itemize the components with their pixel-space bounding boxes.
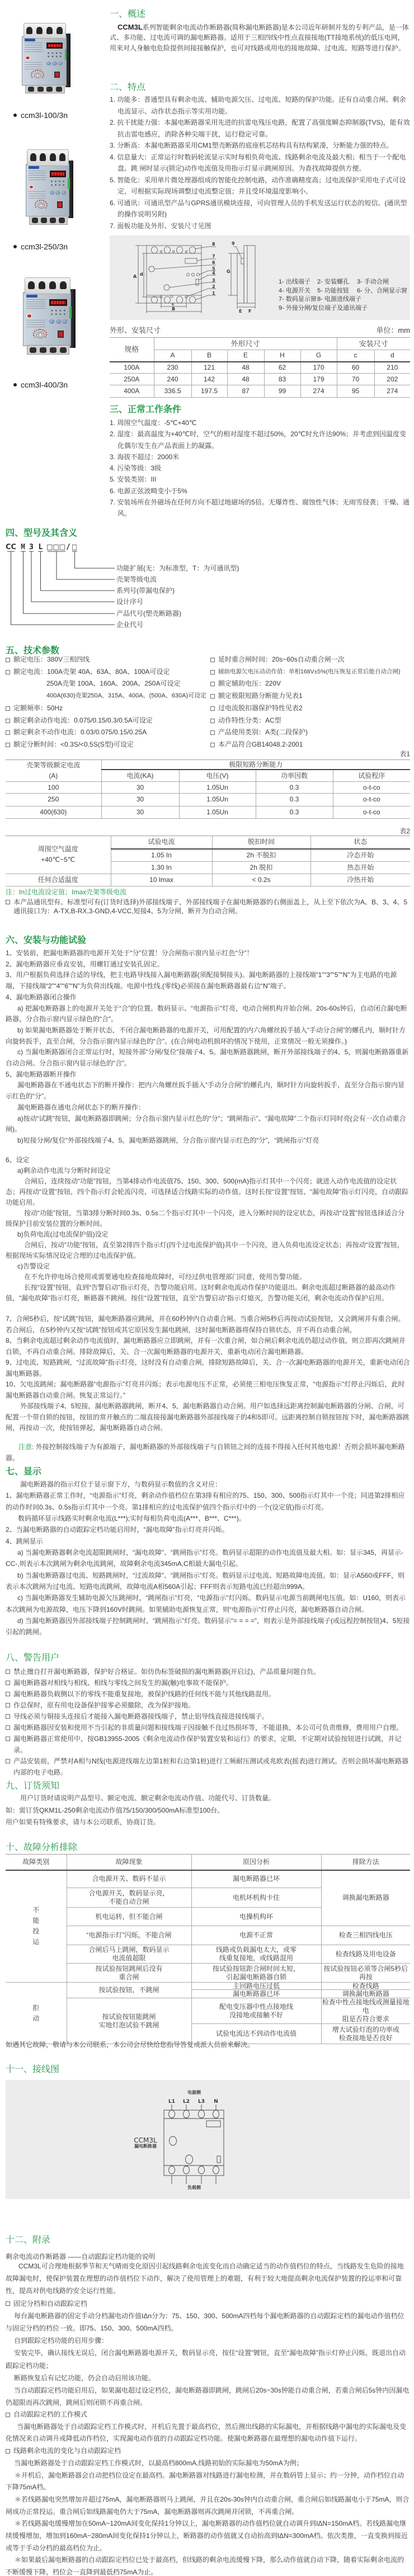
table-cell: 2h 脱扣 [212, 862, 310, 874]
table-cell: 210 [374, 362, 410, 374]
side-strip [69, 306, 71, 318]
device-face [23, 292, 71, 346]
table-header-row: 规格 外形尺寸 安装尺寸 [110, 338, 410, 350]
table-cell: 100 [6, 782, 101, 794]
heading-overview: 一、概述 [110, 9, 145, 20]
svg-text:9: 9 [232, 241, 235, 246]
square-bullet-icon [6, 1681, 10, 1685]
header-cell: 极限短路分断能力 [101, 760, 410, 770]
install-step: 8、当剩余电流超过剩余动作电流值时，漏电断路器应立即跳闸，并有一次重合闸，如合闸… [6, 1336, 410, 1357]
table-subheader-row: A B E H G c d [110, 350, 410, 362]
table-cell: 100A [110, 362, 154, 374]
brand-logo-icon [29, 166, 39, 169]
table-cell: 336.5 [154, 385, 191, 398]
install-block-b: 6、设定 a)剩余动作电流与分断时间设定 合闸后，连续按动“功能”按钮，当第4排… [6, 1155, 410, 1304]
row-group-cell: 任何合适温度 [6, 874, 111, 886]
indicator-leds [50, 180, 65, 187]
table-cell: 62 [264, 362, 300, 374]
power-switch-icon [54, 72, 60, 78]
install-substep: b) 如果漏电断路器处于断开状态，不闭合漏电断路器的电源开关，可用配置的内六角螺… [6, 1025, 410, 1047]
svg-text:G: G [227, 269, 230, 274]
warning-text: 产品安装前，严禁对A相与N线(电源进线端左边第1桩和右边第1桩)进行工频耐压测试… [13, 1757, 408, 1776]
condition-item: 1. 周围空气温度：-5℃+40℃ [110, 417, 410, 428]
install-step: 3、用户根据负荷选择合适的导线，把主电路导线接入漏电断路器(须配接铜接头)。漏电… [6, 970, 410, 992]
table-cell: 400A [110, 385, 154, 398]
appendix-block-a: CCM3L可合理地根据季节和天气晴雨变化原因引起线路剩余电流变化而自动确定适当的… [6, 2260, 410, 2409]
table-cell: 0.3 [256, 806, 333, 819]
feature-item: 3. 分断高：本漏电断路器采用CM1塑壳断路的底座机芯结构具有结构紧凑，分断能力… [110, 140, 410, 152]
warning-item: 漏电断路器负载侧以下的零线不能重复接地，被保护线路的任何线不能与其他线路混用。 [6, 1688, 410, 1700]
tech-list-left: 额定电压：380V三相四线 额定电流：100A壳架 40A、63A、80A、10… [6, 654, 208, 751]
install-paragraph: 长按“设置”按钮，直到“告警启动”指示灯亮，告警功能启用。这时剩余电流动作保护功… [6, 1282, 410, 1304]
svg-text:c: c [172, 301, 175, 306]
legend-item: 8- 电源进线端子 [317, 295, 361, 303]
table-cell: 热态开始 [310, 862, 410, 874]
tech-item-text: 动作特性分类：AC型 [218, 716, 281, 724]
product-photo-100 [20, 23, 72, 93]
table-cell: 按试验按钮必须等合闸5秒后 再按 [321, 1964, 410, 1983]
header-cell: c [337, 350, 374, 362]
table-cell: 检查线路 [321, 1983, 410, 1990]
fault-category-cell: 拒动 [6, 1983, 67, 2044]
header-cell: 电流(KA) [101, 770, 179, 781]
header-cell: 外形尺寸 [154, 338, 337, 350]
svg-text:F: F [248, 309, 251, 314]
table-cell: 电机坏机构卡住 [191, 1888, 321, 1908]
overcurrent-trip-table: 周围空气温度 +40℃~5℃ 试验电流 脱扣时间 状态 1.05 In2h 不脱… [6, 836, 410, 886]
install-paragraph: 合闸后，连续按动“功能”按钮，当第4排动作电流值75、150、300、500(m… [6, 1176, 410, 1208]
svg-text:2: 2 [212, 284, 215, 289]
top-terminals [25, 277, 70, 294]
square-bullet-icon [6, 1692, 10, 1696]
warning-text: 漏电断路器负载侧以下的零线不能重复接地，被保护线路的任何线不能与其他线路混用。 [13, 1690, 275, 1698]
square-bullet-icon [6, 719, 10, 723]
condition-item: 4. 污染等级：3级 [110, 463, 410, 474]
header-cell: 状态 [310, 836, 410, 849]
svg-text:/: / [67, 543, 70, 551]
install-paragraph: 按动“功能”按钮，当第3排分断时间0.3s、0.5s二个指示灯其中一个闪亮，进入… [6, 1208, 410, 1229]
table-row: 拒动 按试验按钮，不跳闸 主回路电压过低 检查线路 [6, 1983, 410, 1990]
tech-item-text: 额定辅助电压：220V [218, 680, 281, 687]
ordering-example: 如：需订货QKM1L-250剩余电流动作值75/150/300/500mA标准型… [6, 1805, 410, 1817]
header-cell: 电压(V) [179, 770, 256, 781]
tech-item: 额定极限短路分断能力见表1 [210, 690, 410, 702]
appendix-paragraph: 安装完毕，确认接线无误后，闭合漏电断路器电源开关，数码显示亮，按住“设置”镀钮，… [6, 2347, 410, 2371]
device-name-label: 漏电断路器 [132, 2144, 159, 2149]
table-cell: 合电源开关，数码显示亮， 不能自动合闸 [67, 1888, 191, 1908]
bullet-icon [13, 383, 17, 386]
square-bullet-icon [210, 682, 215, 686]
install-block-a: 1、安装前，把漏电断路器的电源开关处于“分”位置！分合闸指示窗内显示红色“分”！… [6, 948, 410, 1147]
square-bullet-icon [210, 719, 215, 723]
table-row: 250301.05Un0.3o-t-co [6, 794, 410, 806]
table-cell: 30 [101, 794, 179, 806]
install-substep: 漏电断路器在通电合闸状态下的断开操作： [6, 1102, 410, 1114]
tech-item: 额定电流：100A壳架 40A、63A、80A、100A可设定 [6, 666, 208, 678]
tech-item-subline: 400A(630)壳架250A、315A、400A、(500A、630A)可设定 [6, 690, 208, 702]
heading-features: 二、特点 [110, 82, 145, 93]
install-substep: a) 把漏电断路器上的电源开关处于“合”的位置。数码显示、“电源指示”灯亮，电动… [6, 1003, 410, 1025]
condition-item: 7. 安装场所在外磁场在任何方向不超过地磁场的5倍。无爆炸性、腐蚀性气体；无雨雪… [110, 497, 410, 520]
tech-item: 产品使用类别：A类(二段保护) [210, 726, 410, 739]
display-paragraph: 数码循环显示线路实时剩余电流(L***);实时每相负荷电流(A***、B***、… [6, 1513, 410, 1524]
bullet-icon [13, 114, 17, 117]
table1-label: 表1 [336, 749, 410, 758]
svg-text:8: 8 [212, 242, 215, 247]
model-label-design: 设计序号 [116, 597, 143, 606]
cert-badge-icon [29, 185, 34, 189]
table-cell: 检查中性点接地线或测量接地电 阻是否符合要求 [321, 1998, 410, 2024]
display-subitem: b) 当漏电断路器过电流、短路跳闸时，“过流故障”、“跳闸指示”灯亮。数码显示过… [6, 1570, 410, 1593]
table-cell: 冷态开始 [310, 849, 410, 862]
tech-item-text: 额定电流：100A壳架 40A、63A、80A、100A可设定 [13, 668, 170, 676]
product-caption-250: ccm3l-250/3n [13, 242, 68, 252]
spec-label [25, 43, 42, 53]
legend-item: 9- 外接分闸/复位端子及通讯端子 [279, 304, 368, 312]
install-step: 2、漏电断路器应垂直安装，用螺钉通过安装孔固定。 [6, 959, 410, 970]
table-cell: 60 [337, 362, 374, 374]
table-cell: 1.30 In [111, 862, 212, 874]
square-bullet-icon [6, 2449, 10, 2454]
model-code: CC M 3 L □□□ / □ [6, 543, 77, 551]
table-cell: 电操机构坏 [191, 1908, 321, 1926]
square-bullet-icon [6, 670, 10, 674]
tech-item-text: 延时重合闸时间：20s~60s自动重合闸一次 [218, 655, 345, 663]
fault-analysis-table: 故障类别 故障现象 原因分析 排除方法 不能投运 合电源开关、数码不显示 漏电断… [6, 1854, 410, 2044]
caption-text: ccm3l-100/3n [21, 111, 68, 120]
table-cell: 48 [227, 362, 264, 374]
brand-name: CCM3L [117, 23, 143, 31]
panel-buttons [49, 319, 67, 324]
header-cell: 原因分析 [191, 1855, 321, 1870]
caution-label: 注意: [18, 1443, 34, 1451]
side-strip [68, 178, 69, 189]
header-cell: E [227, 350, 264, 362]
table-row: 任何合适温度 10 Imax< 0.2s冷热开始 [6, 874, 410, 886]
tech-item: 额定辅助电压：220V [210, 678, 410, 690]
square-bullet-icon [6, 706, 10, 711]
square-bullet-icon [210, 706, 215, 711]
svg-text:4: 4 [212, 271, 215, 276]
tech-item-text: 额定分断时间：<0.3S/<0.5S(S型)可设定 [13, 740, 134, 748]
caption-text: ccm3l-250/3n [21, 242, 68, 251]
header-cell: H [264, 350, 300, 362]
feature-item: 5. 智能化：采用单片微处理器组成的智能化控制电路，动作准确精度高；过电流保护采… [110, 174, 410, 197]
device-face [26, 164, 69, 217]
table-cell: “电源指示灯”闪烁，不能合闸 [67, 1926, 191, 1945]
condition-item: 3. 海拔不超过：2000米 [110, 451, 410, 463]
tech-item: 过电流脱扣器保护特性见表2 [210, 702, 410, 715]
table-row: 不能投运 合电源开关、数码不显示 漏电断路器已坏 调换漏电断路器 [6, 1870, 410, 1888]
side-strip [65, 49, 67, 60]
header-cell: 试验程序 [333, 770, 410, 781]
tech-item-text: 额定电压：380V三相四线 [13, 655, 90, 663]
bullet-icon [13, 245, 17, 248]
warning-item: 产品安装前，严禁对A相与N线(电源进线端左边第1桩和右边第1桩)进行工频耐压测试… [6, 1756, 410, 1778]
svg-text:□: □ [72, 543, 77, 551]
tech-item: 延时重合闸时间：20s~60s自动重合闸一次 [210, 654, 410, 666]
table-cell: 电源不正常 [191, 1926, 321, 1945]
svg-text:L: L [39, 543, 43, 551]
install-paragraph: 在不允许停电场合使用或需要通电检查接地故障时，可经过供电管理部门同意，使用告警功… [6, 1272, 410, 1282]
install-paragraph: 合闸后，按动“功能”按钮，直至第2排四个指示灯(四个过电流保护值)其中一个闪亮，… [6, 1240, 410, 1261]
svg-text:CC: CC [6, 543, 16, 551]
legend-item: 7- 数码显示窗 [279, 295, 317, 303]
warning-item: 漏电断路器对相线与相线、相线与零线之间发生的漏(触)电事故不能保护。 [6, 1677, 410, 1688]
table-cell: 83 [264, 374, 300, 385]
model-label-function: 功能扩展(无：为标准型，T：为可通讯型) [116, 564, 239, 573]
svg-text:□□□: □□□ [46, 543, 65, 551]
fault-category: 不能投运 [32, 1905, 40, 1947]
breaking-capacity-table: 壳架等级额定电流 (A) 极限短路分断能力 电流(KA) 电压(V) 功率因数 … [6, 759, 410, 819]
square-bullet-icon [6, 900, 10, 904]
table-cell: 1.05Un [179, 806, 256, 819]
wiring-diagram: L1 L2 L3 N CCM3L [6, 2080, 410, 2199]
spec-label-lower [25, 62, 42, 70]
table-cell: 1.05Un [179, 782, 256, 794]
table-cell: 274 [300, 385, 337, 398]
install-paragraph: 外部接线端子4、5短接，漏电断路器跳闸，断开4、5，漏电断路器自动合闸。用户如选… [6, 1401, 410, 1434]
svg-text:M: M [21, 543, 25, 551]
features-list: 1. 功能多：普通型具有剩余电流、辅助电源欠压、过电流、短路的保护功能。还有自动… [110, 94, 410, 232]
square-bullet-icon [210, 658, 215, 662]
svg-text:6: 6 [212, 260, 215, 265]
table-row: 100A230121486217060210 [110, 362, 410, 374]
install-step: 4、漏电断路器闭合操作 [6, 992, 410, 1003]
product-caption-400: ccm3l-400/3n [13, 380, 68, 390]
table-row: 按试验按钮能跳闸 实地灯泡试验不跳闸 配电变压器中性点接地线 没接地或接触不好 … [6, 1998, 410, 2024]
product-photo-250 [24, 149, 75, 225]
table-cell: 0.3 [256, 794, 333, 806]
model-leader-lines [7, 551, 115, 625]
table-row: “电源指示灯”闪烁，不能合闸 电源不正常 检查三相四线电压 [6, 1926, 410, 1945]
header-cell: 脱扣时间 [212, 836, 310, 849]
legend-item: 4- 电源开关 [279, 287, 310, 295]
heading-install: 六、安装与功能试验 [6, 935, 86, 946]
square-bullet-icon [6, 1703, 10, 1707]
table-cell: 0.3 [256, 782, 333, 794]
header-cell: 壳架等级额定电流 (A) [6, 760, 101, 782]
table-cell: 线路或负载漏电太大，或零 线重复接地，或线路混用 [191, 1945, 321, 1964]
led-display [49, 299, 67, 306]
terminal-note: 本产品通讯型有、标准型可有(订货时选择)外部接线端子，外部接线端子在漏电断路器的… [6, 898, 410, 916]
top-terminals [27, 149, 69, 166]
table-cell: o-t-co [333, 794, 410, 806]
table-header-row: 周围空气温度 +40℃~5℃ 试验电流 脱扣时间 状态 [6, 836, 410, 849]
table-cell: 漏电断路器已坏 [191, 1870, 321, 1888]
display-subitem: d) 当漏电断路器因外部接线端子控制跳闸时，“跳闸指示”灯亮。数码显示“= = … [6, 1615, 410, 1638]
appendix-intro-text: 可合理地根据季节和天气晴雨变化原因引起线路剩余电流变化而自动确定适当的动作值档位… [6, 2262, 404, 2295]
table-cell: 99 [264, 385, 300, 398]
dimensions-unit: 单位：mm [336, 326, 410, 335]
tech-item: 额定剩余不动作电流：0.03/0.075/0.15/0.25A [6, 726, 208, 739]
square-bullet-icon [210, 743, 215, 747]
heading-model: 四、型号及其含义 [6, 528, 77, 539]
svg-text:3: 3 [212, 278, 215, 283]
header-cell: d [374, 350, 410, 362]
table-row: 250A240142488317970202 [110, 374, 410, 385]
caption-text: ccm3l-400/3n [21, 380, 68, 389]
table-cell: 检查三相四线电压 [321, 1926, 410, 1945]
table-cell: 400(630) [6, 806, 101, 819]
conditions-list: 1. 周围空气温度：-5℃+40℃ 2. 湿度：最高温度为+40℃时，空气的相对… [110, 417, 410, 519]
appendix-block-b: 自动跟踪定档的工作模式 当漏电断路器处于自动跟踪定档工作模式时，开机后先置于最高… [6, 2409, 410, 2576]
faults-footer: 如遇其它故障，敬请与本公司联系，本公司会尽快给您指导答复或派人员前来解决。 [6, 2040, 410, 2049]
caution-text: 外接控制接线端子为有源端子，漏电断路器的外部接线端子与自锁钮之间的连接不得接入任… [6, 1443, 405, 1462]
table-header-row: 壳架等级额定电流 (A) 极限短路分断能力 [6, 760, 410, 770]
table-cell: 274 [374, 385, 410, 398]
warning-text: 导线必须与铜接头连接后才能接入漏电断路器接线端子，禁止铝导线直接进接线端子。 [13, 1712, 269, 1720]
spec-label-lower [29, 191, 46, 200]
heading-ordering: 九、订货须知 [6, 1781, 59, 1792]
terminal-note-line: 通讯接口为：A-TX,B-RX,3-GND,4-VCC,短接4、5为分闸，断开为… [6, 907, 410, 916]
table-cell: 调换漏电断路器 [321, 1870, 410, 1926]
row-group-cell: 周围空气温度 +40℃~5℃ [6, 836, 111, 874]
heading-faults: 十、故障分析排除 [6, 1842, 77, 1853]
bottom-terminals [29, 216, 68, 225]
spec-label-lower [26, 320, 45, 328]
table-cell: 2h 不脱扣 [212, 849, 310, 862]
table-cell: 检查线路及用电设备 [321, 1945, 410, 1964]
warning-item: 漏电断路器正常使用中，按GB13955-2005《剩余电流动作保护装置安装和运行… [6, 1733, 410, 1756]
svg-text:L3: L3 [198, 2099, 205, 2105]
svg-text:1: 1 [212, 291, 215, 296]
header-cell: B [191, 350, 227, 362]
table-row: 合闸后马上跳闸，数码显示 电流值超限 线路或负载漏电太大，或零 线重复接地，或线… [6, 1945, 410, 1964]
install-substep: b)短接分闸/复位“外部接线端子4、5。漏电断路器跳闸，分合指示窗内显示红色的“… [6, 1135, 410, 1147]
table-row: 100301.05Un0.3o-t-co [6, 782, 410, 794]
display-item: 1、漏电断路器正常工作时，“电源指示”灯亮，剩余动作值档位在第3排有相应的75、… [6, 1490, 410, 1513]
model-label-company: 企业代号 [116, 620, 143, 629]
header-cell: A [154, 350, 191, 362]
square-bullet-icon [6, 658, 10, 662]
install-step: 7、合闸5秒后，按“试跳”按钮，漏电断路器应跳闸，并在60秒钟内自动重合闸。当重… [6, 1314, 410, 1336]
heading-wiring: 十一、接线图 [6, 2064, 59, 2075]
square-bullet-icon [6, 2301, 10, 2306]
tech-item-text: 产品使用类别：A类(二段保护) [218, 728, 308, 736]
legend-item: 6- 分、合闸显示窗 [357, 287, 407, 295]
overview-paragraph: CCM3L系列智能剩余电流动作断路器(简称漏电断路器)是本公司近年研制开发的专利… [110, 22, 410, 53]
display-subitem: c) 当漏电断路器发生辅助电源欠压跳闸时，“跳闸指示”灯亮，“电源指示”灯闪烁。… [6, 1592, 410, 1615]
header-cell: G [300, 350, 337, 362]
table-cell: 179 [300, 374, 337, 385]
heading-conditions: 三、正常工作条件 [110, 404, 181, 416]
panel-buttons [50, 191, 66, 195]
table-cell: o-t-co [333, 806, 410, 819]
svg-text:3: 3 [29, 543, 34, 551]
table-cell: 70 [337, 374, 374, 385]
table-cell: 95 [337, 385, 374, 398]
appendix-step: ＊若线路漏电突然增加并超过75mA，漏电断路器则马上跳闸，并且在20s-30s钟… [6, 2494, 410, 2518]
source-side-label: 电源侧 [180, 2090, 208, 2096]
table-cell: 30 [101, 806, 179, 819]
square-bullet-icon [6, 1725, 10, 1730]
bottom-terminals [27, 345, 69, 355]
install-step: 5、漏电断路器断开操作 [6, 1069, 410, 1081]
condition-item: 5. 安装类别：III [110, 474, 410, 485]
heading-appendix: 十二、附录 [6, 2235, 50, 2246]
appendix-paragraph: 断路恢复后有记忆功能，仍会自动启用该功能。 [6, 2372, 410, 2384]
install-step: 1、安装前，把漏电断路器的电源开关处于“分”位置！分合闸指示窗内显示红色“分”！ [6, 948, 410, 959]
square-bullet-icon [6, 1669, 10, 1674]
warning-text: 漏电断路器正常使用中，按GB13955-2005《剩余电流动作保护装置安装和运行… [13, 1735, 401, 1754]
svg-text:d: d [140, 272, 143, 277]
table-cell: 48 [227, 374, 264, 385]
tech-item-text: 额定剩余动作电流：0.075/0.15/0.3/0.5A可设定 [13, 716, 153, 724]
header-cell: 功率因数 [256, 770, 333, 781]
table-cell: 240 [154, 374, 191, 385]
square-bullet-icon [6, 1759, 10, 1763]
tech-item-text: 额定剩余不动作电流：0.03/0.075/0.15/0.25A [13, 728, 147, 736]
header-cell: 排除方法 [321, 1855, 410, 1870]
fault-category-cell: 不能投运 [6, 1870, 67, 1983]
install-substep: 漏电断路器在不通电状态下的断开操作：把内六角螺丝扳手插入“手动分合闸”的螺孔内，… [6, 1080, 410, 1102]
display-section: 漏电断路器的指示灯位于显示窗下方，与数码显示数值的含义对应： 1、漏电断路器正常… [6, 1479, 410, 1638]
header-cell: 故障现象 [67, 1855, 191, 1870]
tech-item-subline: 250A壳架 100A、160A、200A、250A可设定 [6, 678, 208, 690]
panel-buttons [46, 62, 63, 65]
caution-note: 注意: 外接控制接线端子为有源端子，漏电断路器的外部接线端子与自锁钮之间的连接不… [6, 1441, 410, 1464]
tech-item: 额定分断时间：<0.3S/<0.5S(S型)可设定 [6, 739, 208, 751]
dimensions-table: 规格 外形尺寸 安装尺寸 A B E H G c d 100A230121486… [110, 337, 410, 398]
power-switch-icon [57, 201, 63, 208]
tech-item: 动作特性分类：AC型 [210, 715, 410, 727]
warning-item: 禁止擅自打开漏电断路器，保护好合格证。如仿伪标签破损的漏电断路器(开启过)，产品… [6, 1666, 410, 1677]
header-cell: 规格 [110, 338, 154, 362]
fault-category: 拒动 [32, 2003, 40, 2024]
cert-badge-icon [25, 56, 30, 60]
display-subitem: a) 当漏电断路器剩余电流超限跳闸时，“漏电故障”、“跳闸指示”灯亮。数码显示超… [6, 1547, 410, 1570]
svg-text:L2: L2 [183, 2099, 190, 2105]
cert-badge-icon [27, 314, 32, 318]
model-label-frame-current: 壳架等级电流 [116, 575, 157, 584]
model-label-series: 系列号(带漏电保护) [116, 586, 175, 595]
load-side-label: 负载侧 [180, 2185, 208, 2191]
feature-item: 2. 抗干扰能力强：本漏电断路器采用先进的抗雷电残压电路，配置了高强度瞬态抑制器… [110, 117, 410, 140]
condition-item: 6. 电源正弦波畸变小于5% [110, 485, 410, 497]
table-row: 400A336.5197.5879927495274 [110, 385, 410, 398]
square-bullet-icon [6, 1737, 10, 1741]
table-cell: 冷热开始 [310, 874, 410, 886]
tech-item: 辅助电源欠电压动动作值：单相168V±5%(电压恢复正常后能自动合闸) [210, 666, 410, 678]
header-cell: 安装尺寸 [337, 338, 410, 350]
indicator-leds [46, 51, 62, 58]
product-photo-400 [21, 277, 77, 355]
square-bullet-icon [6, 2413, 10, 2417]
square-bullet-icon [6, 730, 10, 735]
table-cell: < 0.2s [212, 874, 310, 886]
install-substep: c) 当漏电断路器闭合正常运行时，短接外部“分闸/复位”接端子4、5。漏电断路器… [6, 1047, 410, 1069]
manual-knob-icon [34, 73, 41, 78]
appendix-step: ＊开机后，漏电断路器会自动把档位设定在最高档。漏电断路器对线路进行漏电检测，并在… [6, 2470, 410, 2494]
table-cell: 1.05 In [111, 849, 212, 862]
table-cell: 121 [191, 362, 227, 374]
led-display [46, 43, 63, 49]
display-item: 4、跳闸显示 [6, 1536, 410, 1547]
appendix-subheading-text: 自动跟踪定档的工作模式 [13, 2410, 87, 2418]
svg-text:7: 7 [212, 254, 215, 259]
device-face [22, 36, 67, 86]
indicator-leds [50, 309, 67, 316]
install-step: 9、过电流、短路跳闸，“过流故障”指示灯亮，这时没有自动重合闸，排除短路故障后，… [6, 1357, 410, 1379]
table-cell: 250A [110, 374, 154, 385]
table-cell: 30 [101, 782, 179, 794]
table-row: 按试验按钮跳闸后没有 重合闸 按试验按钮距合闸时间太短， 引起漏电断路器自锁 按… [6, 1964, 410, 1983]
square-bullet-icon [210, 670, 215, 674]
install-substep: a)剩余动作电流与分断时间设定 [6, 1166, 410, 1176]
square-bullet-icon [6, 1714, 10, 1719]
terminal-note-line: 本产品通讯型有、标准型可有(订货时选择)外部接线端子，外部接线端子在漏电断路器的… [6, 898, 410, 907]
